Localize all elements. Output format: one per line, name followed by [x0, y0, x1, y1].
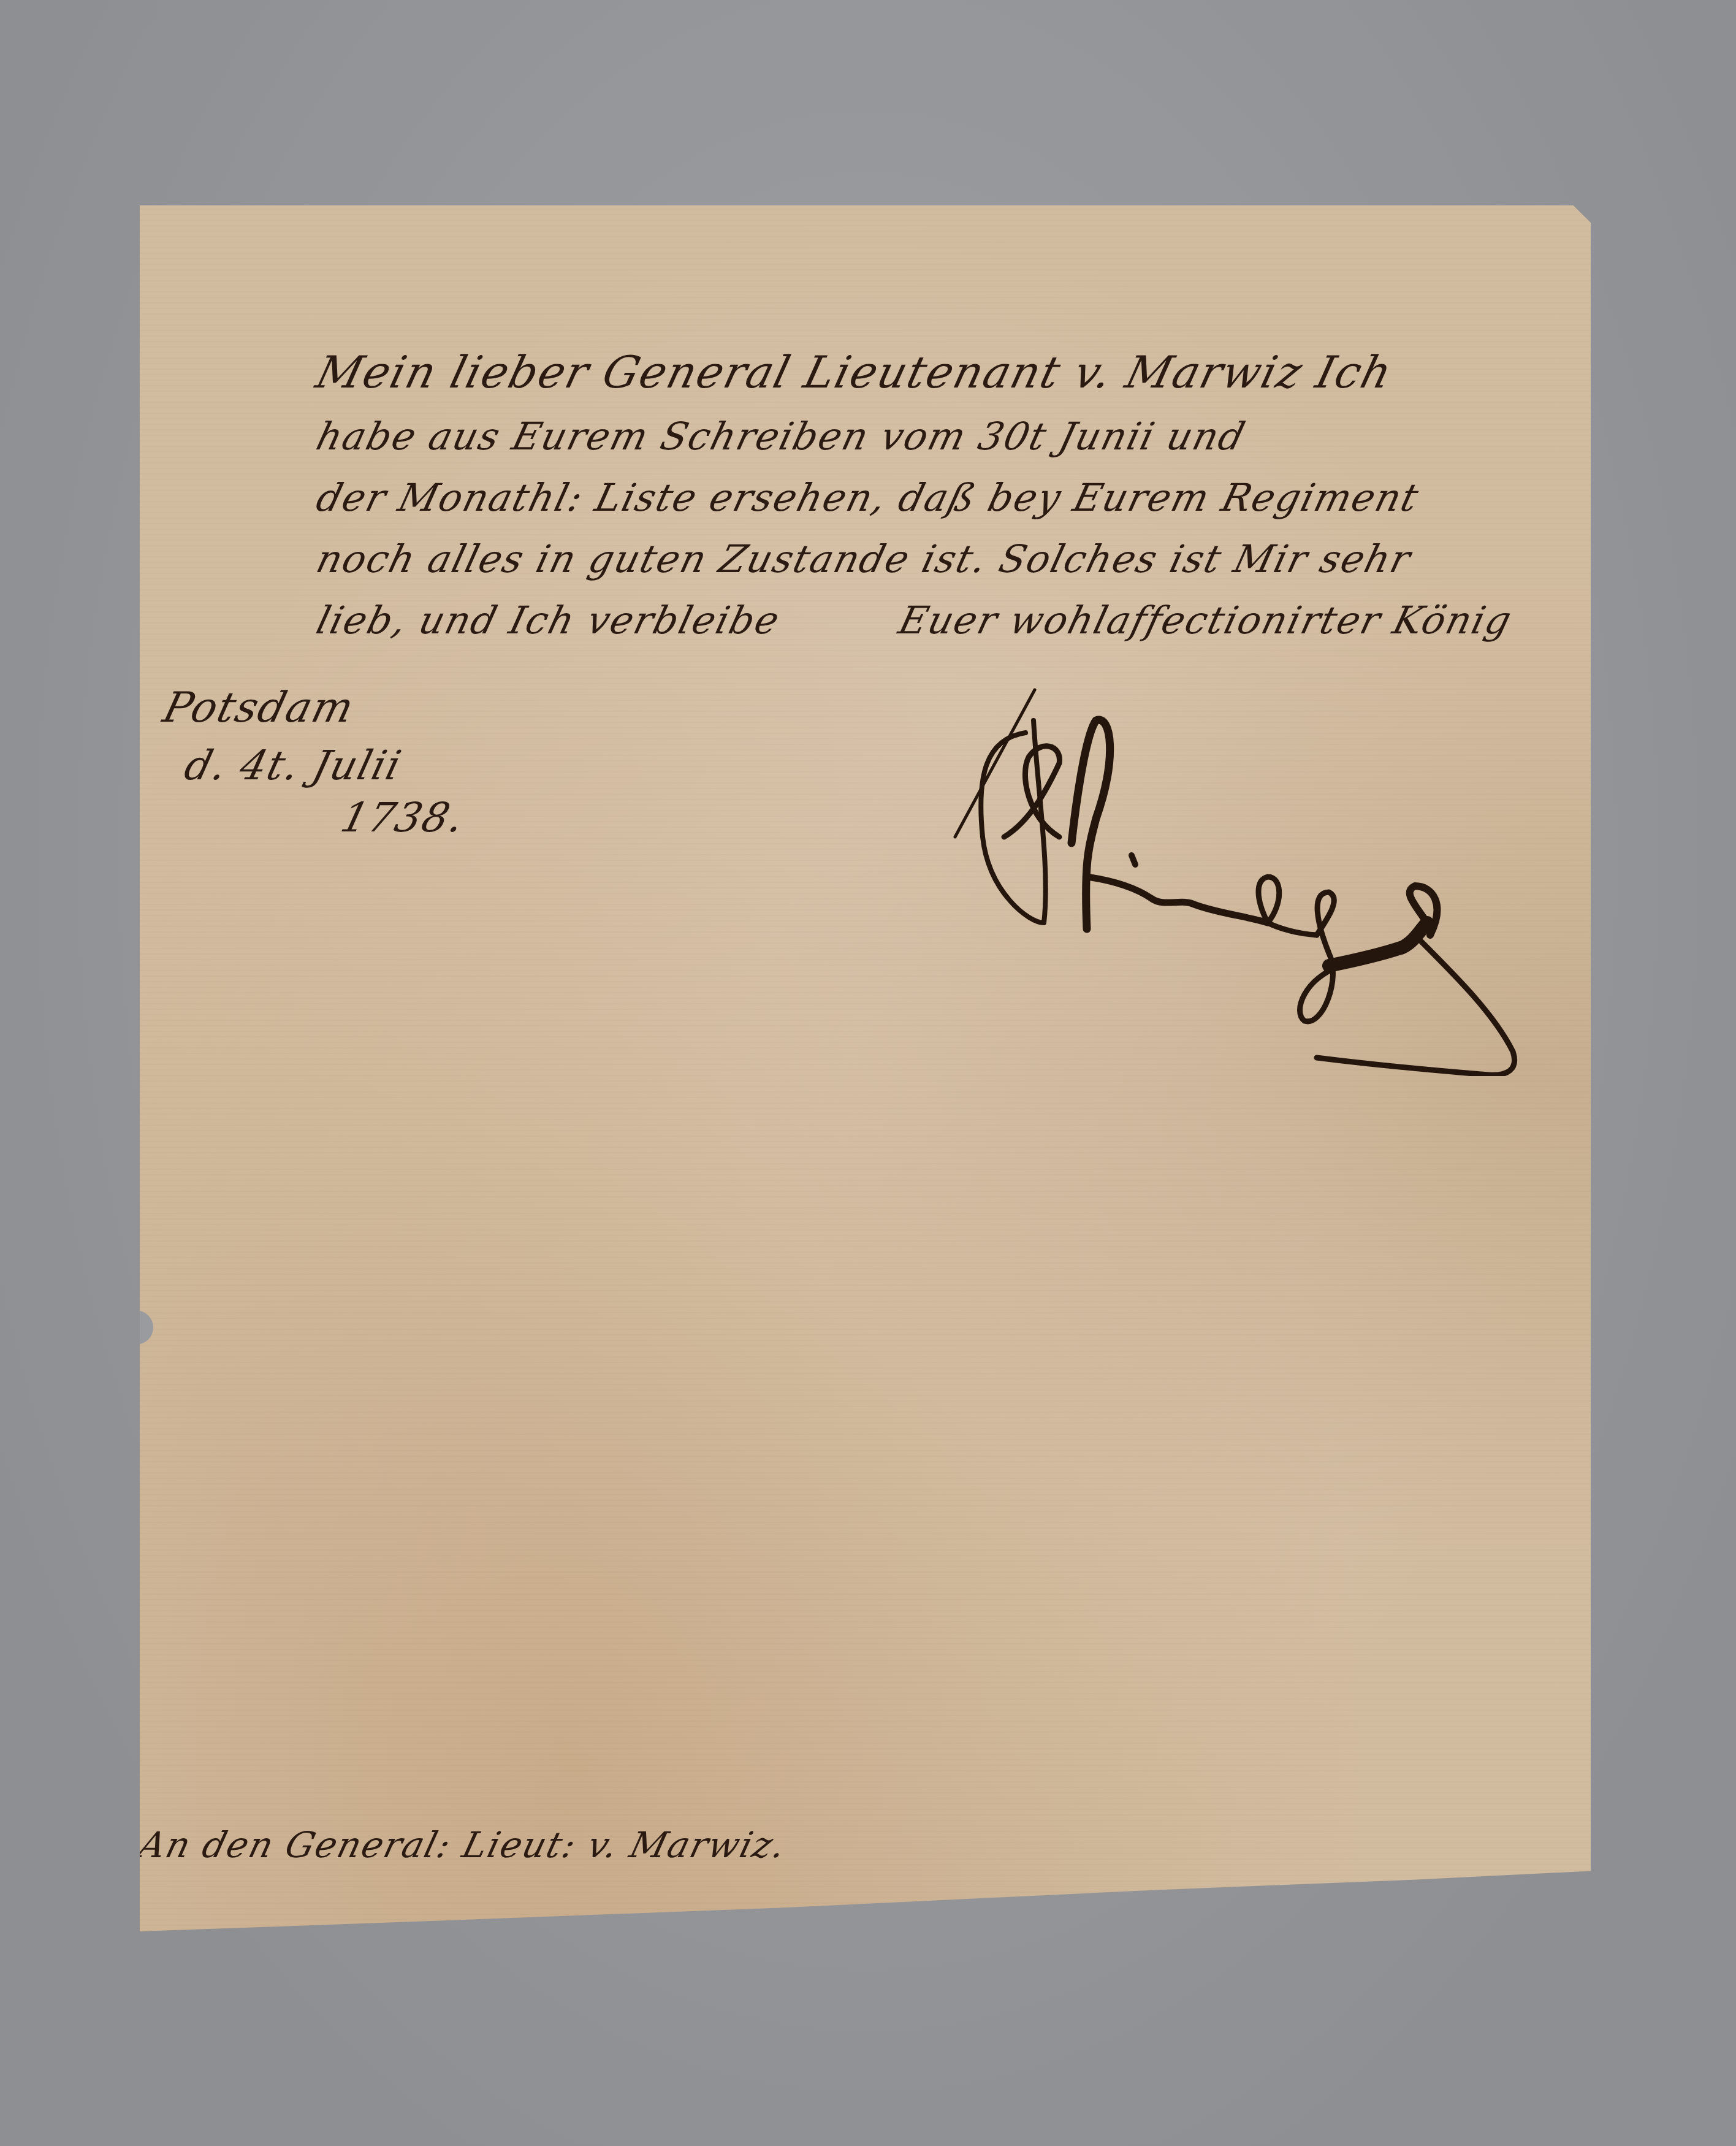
signature-friedrich	[875, 635, 1611, 1076]
letter-line-1: Mein lieber General Lieutenant v. Marwiz…	[311, 346, 1398, 398]
address-line: An den General: Lieut: v. Marwiz.	[135, 1824, 791, 1866]
place-of-writing: Potsdam	[158, 684, 359, 732]
date-line: d. 4t. Julii	[180, 742, 406, 789]
letter-sheet: Mein lieber General Lieutenant v. Marwiz…	[140, 205, 1591, 1931]
letter-line-5: lieb, und Ich verbleibe	[312, 598, 785, 643]
letter-line-4: noch alles in guten Zustande ist. Solche…	[312, 536, 1416, 581]
letter-line-2: habe aus Eurem Schreiben vom 30t Junii u…	[312, 414, 1251, 459]
letter-line-3: der Monathl: Liste ersehen, daß bey Eure…	[312, 475, 1424, 520]
paper-notch	[119, 1310, 153, 1345]
year-line: 1738.	[336, 794, 470, 841]
